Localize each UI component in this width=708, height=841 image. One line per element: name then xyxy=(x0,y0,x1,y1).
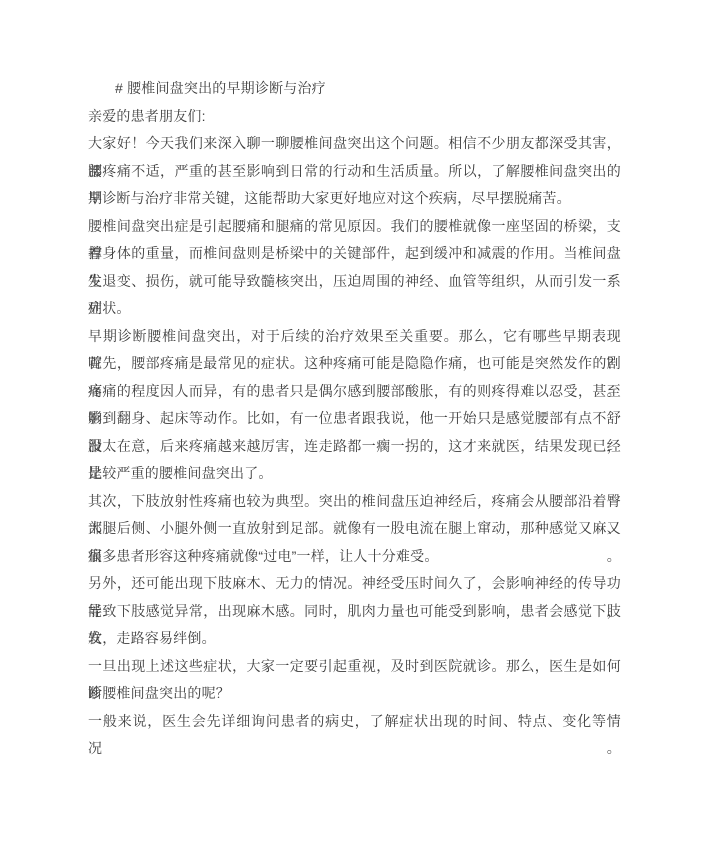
text-line: 其次，下肢放射性疼痛也较为典型。突出的椎间盘压迫神经后，疼痛会从腰部沿着臀部、 xyxy=(88,488,621,516)
text-line: 大腿后侧、小腿外侧一直放射到足部。就像有一股电流在腿上窜动，那种感觉又麻又痛。 xyxy=(88,515,621,543)
document-body: # 腰椎间盘突出的早期诊断与治疗亲爱的患者朋友们:大家好！今天我们来深入聊一聊腰… xyxy=(88,75,621,735)
text-line: 另外，还可能出现下肢麻木、无力的情况。神经受压时间久了，会影响神经的传导功能， xyxy=(88,570,621,598)
text-line: 部疼痛不适，严重的甚至影响到日常的行动和生活质量。所以，了解腰椎间盘突出的早 xyxy=(88,158,621,186)
text-line: 生退变、损伤，就可能导致髓核突出，压迫周围的神经、血管等组织，从而引发一系列 xyxy=(88,268,621,296)
text-line: 着身体的重量，而椎间盘则是桥梁中的关键部件，起到缓冲和减震的作用。当椎间盘发 xyxy=(88,240,621,268)
text-line: 一旦出现上述这些症状，大家一定要引起重视，及时到医院就诊。那么，医生是如何诊 xyxy=(88,653,621,681)
text-line: 腰椎间盘突出症是引起腰痛和腿痛的常见原因。我们的腰椎就像一座坚固的桥梁，支撑 xyxy=(88,213,621,241)
text-line: 断腰椎间盘突出的呢？ xyxy=(88,680,621,708)
heading-line: # 腰椎间盘突出的早期诊断与治疗 xyxy=(88,75,621,103)
text-line: 一般来说，医生会先详细询问患者的病史，了解症状出现的时间、特点、变化等情况。 xyxy=(88,708,621,736)
text-line: 软，走路容易绊倒。 xyxy=(88,625,621,653)
text-line: 早期诊断腰椎间盘突出，对于后续的治疗效果至关重要。那么，它有哪些早期表现呢？ xyxy=(88,323,621,351)
text-line: 响到翻身、起床等动作。比如，有一位患者跟我说，他一开始只是感觉腰部有点不舒服， xyxy=(88,405,621,433)
document-page: # 腰椎间盘突出的早期诊断与治疗亲爱的患者朋友们:大家好！今天我们来深入聊一聊腰… xyxy=(0,0,708,841)
text-line: 比较严重的腰椎间盘突出了。 xyxy=(88,460,621,488)
text-line: 没太在意，后来疼痛越来越厉害，连走路都一瘸一拐的，这才来就医，结果发现已经是 xyxy=(88,433,621,461)
text-line: 首先，腰部疼痛是最常见的症状。这种疼痛可能是隐隐作痛，也可能是突然发作的剧痛。 xyxy=(88,350,621,378)
text-line: 导致下肢感觉异常，出现麻木感。同时，肌肉力量也可能受到影响，患者会感觉下肢发 xyxy=(88,598,621,626)
text-line: 期诊断与治疗非常关键，这能帮助大家更好地应对这个疾病，尽早摆脱痛苦。 xyxy=(88,185,621,213)
text-line: 疼痛的程度因人而异，有的患者只是偶尔感到腰部酸胀，有的则疼得难以忍受，甚至影 xyxy=(88,378,621,406)
salutation-line: 亲爱的患者朋友们: xyxy=(88,103,621,131)
text-line: 大家好！今天我们来深入聊一聊腰椎间盘突出这个问题。相信不少朋友都深受其害，腰 xyxy=(88,130,621,158)
text-line: 症状。 xyxy=(88,295,621,323)
